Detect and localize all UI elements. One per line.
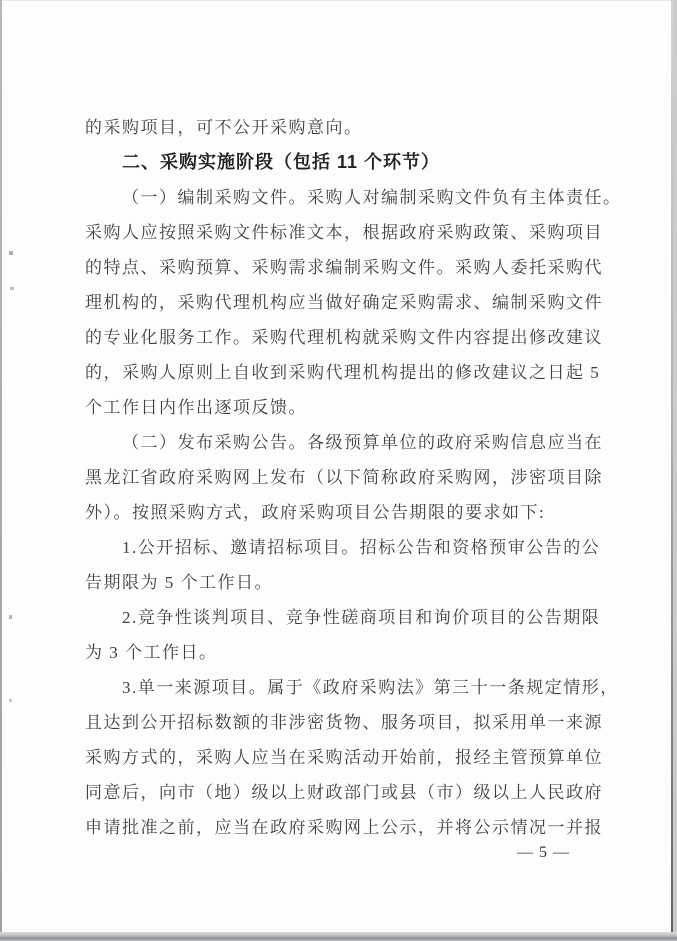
scan-artifact-dot bbox=[9, 251, 13, 255]
text-line: 的，采购人原则上自收到采购代理机构提出的修改建议之日起 5 bbox=[85, 355, 607, 390]
text-line: 2.竞争性谈判项目、竞争性磋商项目和询价项目的公告期限 bbox=[85, 600, 607, 635]
text-line: 黑龙江省政府采购网上发布（以下简称政府采购网，涉密项目除 bbox=[85, 460, 607, 495]
text-line: 的采购项目，可不公开采购意向。 bbox=[85, 110, 607, 145]
text-line: （二）发布采购公告。各级预算单位的政府采购信息应当在 bbox=[85, 425, 607, 460]
text-line: 的特点、采购预算、采购需求编制采购文件。采购人委托采购代 bbox=[85, 250, 607, 285]
text-line: 采购人应按照采购文件标准文本，根据政府采购政策、采购项目 bbox=[85, 215, 607, 250]
text-line: 3.单一来源项目。属于《政府采购法》第三十一条规定情形， bbox=[85, 670, 607, 705]
text-line: 1.公开招标、邀请招标项目。招标公告和资格预审公告的公 bbox=[85, 530, 607, 565]
page-number: — 5 — bbox=[450, 835, 570, 870]
text-line: 告期限为 5 个工作日。 bbox=[85, 565, 607, 600]
scan-edge-bottom bbox=[0, 932, 677, 941]
text-line: 同意后，向市（地）级以上财政部门或县（市）级以上人民政府 bbox=[85, 775, 607, 810]
text-line: 外）。按照采购方式，政府采购项目公告期限的要求如下: bbox=[85, 495, 607, 530]
scan-artifact-dot bbox=[9, 699, 12, 702]
text-line: （一）编制采购文件。采购人对编制采购文件负有主体责任。 bbox=[85, 180, 607, 215]
document-page: 的采购项目，可不公开采购意向。 二、采购实施阶段（包括 11 个环节） （一）编… bbox=[0, 0, 677, 941]
text-line: 的专业化服务工作。采购代理机构就采购文件内容提出修改建议 bbox=[85, 320, 607, 355]
document-text: 的采购项目，可不公开采购意向。 二、采购实施阶段（包括 11 个环节） （一）编… bbox=[85, 110, 607, 845]
text-line: 理机构的，采购代理机构应当做好确定采购需求、编制采购文件 bbox=[85, 285, 607, 320]
text-line: 采购方式的，采购人应当在采购活动开始前，报经主管预算单位 bbox=[85, 740, 607, 775]
text-line: 且达到公开招标数额的非涉密货物、服务项目，拟采用单一来源 bbox=[85, 705, 607, 740]
section-heading: 二、采购实施阶段（包括 11 个环节） bbox=[85, 145, 607, 180]
scan-edge-left bbox=[0, 0, 2, 941]
scan-edge-top bbox=[0, 0, 677, 1]
scan-edge-right bbox=[673, 0, 677, 941]
text-line: 为 3 个工作日。 bbox=[85, 635, 607, 670]
scan-artifact-dot bbox=[10, 287, 14, 290]
text-line: 个工作日内作出逐项反馈。 bbox=[85, 390, 607, 425]
scan-artifact-dot bbox=[9, 615, 12, 619]
